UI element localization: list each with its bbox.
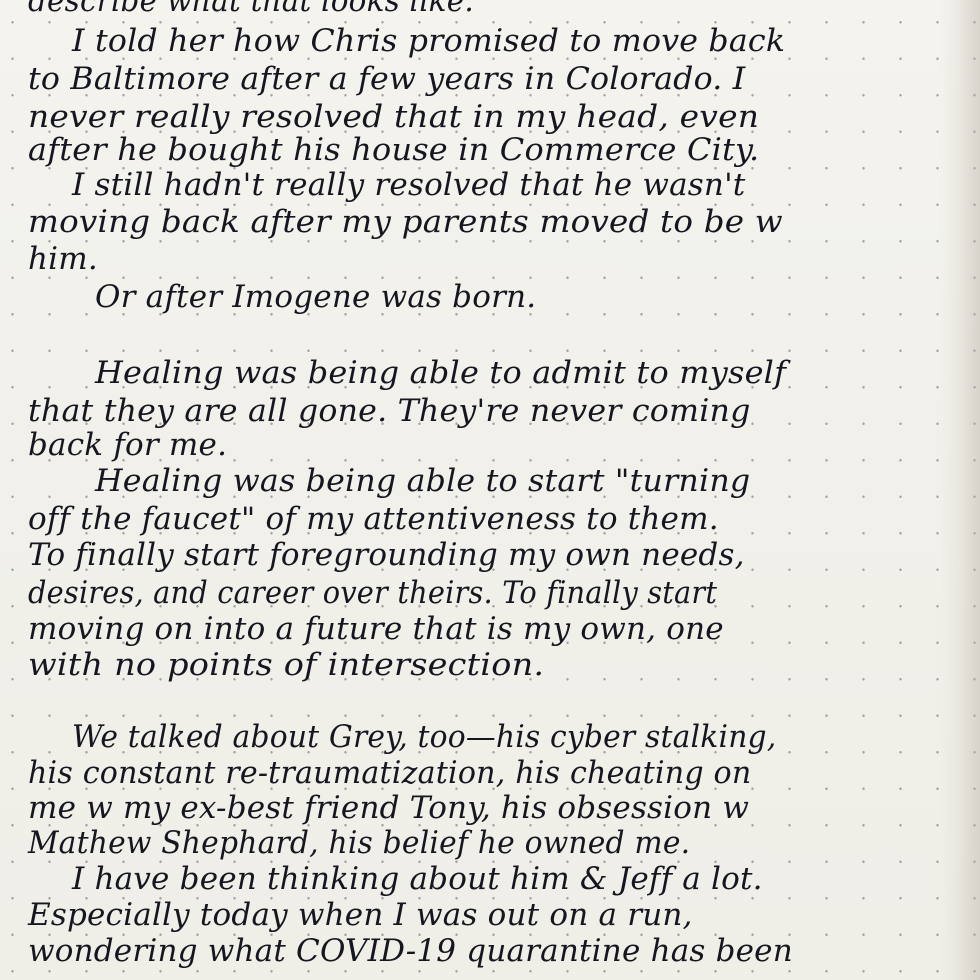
text-line: off the faucet" of my attentiveness to t… [28, 504, 719, 535]
text-line: describe what that looks like. [28, 0, 474, 17]
text-line: Healing was being able to start "turning [95, 466, 750, 497]
text-line: with no points of intersection. [28, 650, 544, 681]
text-line: I have been thinking about him & Jeff a … [72, 864, 763, 895]
text-line: Mathew Shephard, his belief he owned me. [28, 828, 690, 859]
page-edge-shadow [958, 0, 980, 980]
journal-page: describe what that looks like. I told he… [0, 0, 980, 980]
bleed-through-text [559, 300, 568, 330]
text-line: that they are all gone. They're never co… [28, 396, 751, 427]
text-line: desires, and career over theirs. To fina… [28, 578, 717, 609]
text-line: to Baltimore after a few years in Colora… [28, 64, 745, 95]
text-line: moving back after my parents moved to be… [28, 207, 783, 238]
text-line: Especially today when I was out on a run… [28, 900, 693, 931]
text-line: I still hadn't really resolved that he w… [72, 170, 745, 201]
text-line: his constant re-traumatization, his chea… [28, 758, 751, 789]
text-line: me w my ex-best friend Tony, his obsessi… [28, 793, 749, 824]
text-line: To finally start foregrounding my own ne… [28, 540, 745, 571]
text-line: moving on into a future that is my own, … [28, 614, 724, 645]
text-line: never really resolved that in my head, e… [28, 102, 759, 133]
text-line: We talked about Grey, too—his cyber stal… [72, 722, 776, 753]
text-line: him. [28, 244, 98, 275]
text-line: after he bought his house in Commerce Ci… [28, 135, 759, 166]
text-line: Healing was being able to admit to mysel… [95, 358, 786, 389]
text-line: I told her how Chris promised to move ba… [72, 26, 785, 57]
text-line: back for me. [28, 430, 227, 461]
text-line: Or after Imogene was born. [95, 282, 536, 313]
text-line: wondering what COVID-19 quarantine has b… [28, 936, 793, 967]
